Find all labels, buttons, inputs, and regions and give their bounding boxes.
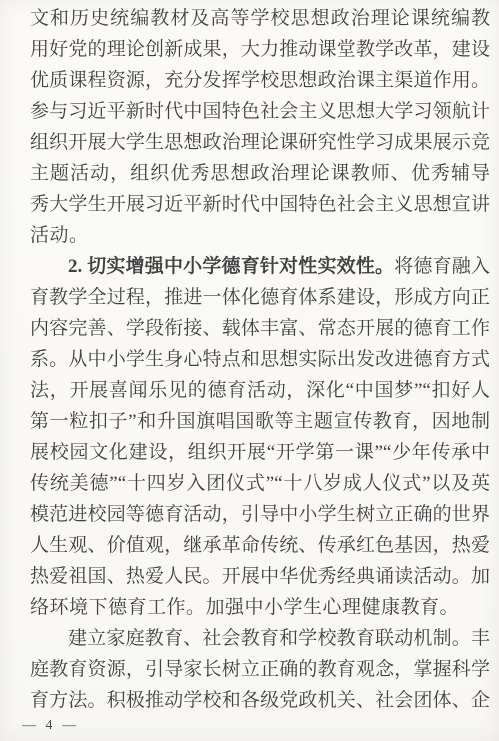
text-line: 建立家庭教育、社会教育和学校教育联动机制。丰富家 xyxy=(30,623,490,654)
text-line: 主题活动，组织优秀思想政治理论课教师、优秀辅导员、优 xyxy=(30,158,490,189)
text-line: 组织开展大学生思想政治理论课研究性学习成果展示竞赛等 xyxy=(30,127,490,158)
text-line: 系。从中小学生身心特点和思想实际出发改进德育方式方 xyxy=(30,344,490,375)
text-line: 参与习近平新时代中国特色社会主义思想大学习领航计划， xyxy=(30,96,490,127)
page-number: — 4 — xyxy=(22,716,92,736)
document-page: 文和历史统编教材及高等学校思想政治理论课统编教材，运用好党的理论创新成果，大力推… xyxy=(0,0,499,741)
text-line: 2. 切实增强中小学德育针对性实效性。将德育融入教 xyxy=(30,251,490,282)
text-line: 庭教育资源，引导家长树立正确的教育观念，掌握科学的教 xyxy=(30,654,490,685)
text-line: 用好党的理论创新成果，大力推动课堂教学改革，建设一批 xyxy=(30,34,490,65)
text-line: 模范进校园等德育活动，引导中小学生树立正确的世界观、 xyxy=(30,499,490,530)
text-line: 育教学全过程，推进一体化德育体系建设，形成方向正确、 xyxy=(30,282,490,313)
text-line: 络环境下德育工作。加强中小学生心理健康教育。 xyxy=(30,592,490,623)
text-line: 热爱祖国、热爱人民。开展中华优秀经典诵读活动。加强网 xyxy=(30,561,490,592)
text-line: 传统美德”“十四岁入团仪式”“十八岁成人仪式”以及英雄 xyxy=(30,468,490,499)
section-heading: 2. 切实增强中小学德育针对性实效性。 xyxy=(68,256,394,277)
text-line: 文和历史统编教材及高等学校思想政治理论课统编教材，运 xyxy=(30,3,490,34)
document-text: 文和历史统编教材及高等学校思想政治理论课统编教材，运用好党的理论创新成果，大力推… xyxy=(30,3,490,716)
text-line: 秀大学生开展习近平新时代中国特色社会主义思想宣讲 xyxy=(30,189,490,220)
text-line: 第一粒扣子”和升国旗唱国歌等主题宣传教育，因地制宜开 xyxy=(30,406,490,437)
text-line: 育方法。积极推动学校和各级党政机关、社会团体、企事业 xyxy=(30,685,490,716)
text-line: 展校园文化建设，组织开展“开学第一课”“少年传承中华 xyxy=(30,437,490,468)
text-line: 活动。 xyxy=(30,220,490,251)
text-line: 优质课程资源，充分发挥学校思想政治课主渠道作用。积极 xyxy=(30,65,490,96)
text-line: 法，开展喜闻乐见的德育活动，深化“中国梦”“扣好人生 xyxy=(30,375,490,406)
text-line: 内容完善、学段衔接、载体丰富、常态开展的德育工作体 xyxy=(30,313,490,344)
text-line: 人生观、价值观，继承革命传统、传承红色基因，热爱党、 xyxy=(30,530,490,561)
